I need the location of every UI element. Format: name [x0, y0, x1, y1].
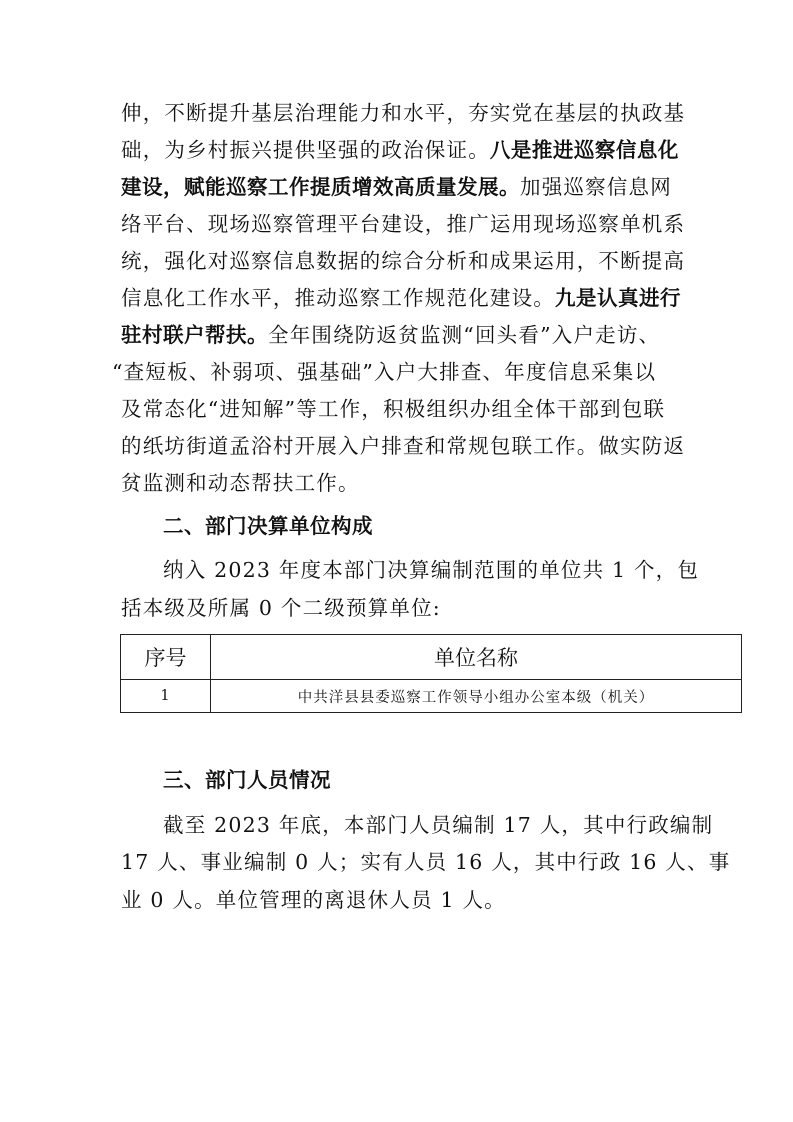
bold-text-segment: 驻村联户帮扶。: [121, 323, 268, 347]
paragraph-line: 伸，不断提升基层治理能力和水平，夯实党在基层的执政基: [121, 100, 681, 126]
paragraph-line: 贫监测和动态帮扶工作。: [121, 470, 681, 496]
paragraph-line: 17 人、事业编制 0 人；实有人员 16 人，其中行政 16 人、事: [121, 849, 681, 875]
text-segment: 贫监测和动态帮扶工作。: [121, 471, 360, 495]
paragraph-line: 驻村联户帮扶。全年围绕防返贫监测“回头看”入户走访、: [121, 322, 681, 348]
paragraph-line: 纳入 2023 年度本部门决算编制范围的单位共 1 个，包: [163, 557, 723, 583]
section-heading: 三、部门人员情况: [163, 767, 331, 793]
bold-text-segment: 建设，赋能巡察工作提质增效高质量发展。: [121, 175, 520, 199]
bold-text-segment: 九是认真进行: [555, 286, 681, 310]
text-segment: 伸，不断提升基层治理能力和水平，夯实党在基层的执政基: [121, 101, 685, 125]
paragraph-line: 及常态化“进知解”等工作，积极组织办组全体干部到包联: [121, 396, 681, 422]
text-segment: 统，强化对巡察信息数据的综合分析和成果运用，不断提高: [121, 249, 685, 273]
paragraph-line: “查短板、补弱项、强基础”入户大排查、年度信息采集以: [112, 359, 672, 385]
text-segment: 全年围绕防返贫监测“回头看”入户走访、: [268, 323, 660, 347]
table-header-row: 序号 单位名称: [121, 635, 742, 680]
section-heading: 二、部门决算单位构成: [163, 513, 373, 539]
paragraph-line: 信息化工作水平，推动巡察工作规范化建设。九是认真进行: [121, 285, 681, 311]
text-segment: 络平台、现场巡察管理平台建设，推广运用现场巡察单机系: [121, 212, 685, 236]
bold-text-segment: 八是推进巡察信息化: [490, 138, 679, 162]
paragraph-line: 建设，赋能巡察工作提质增效高质量发展。加强巡察信息网: [121, 174, 681, 200]
paragraph-line: 络平台、现场巡察管理平台建设，推广运用现场巡察单机系: [121, 211, 681, 237]
column-header-index: 序号: [121, 635, 211, 680]
column-header-unit-name: 单位名称: [211, 635, 742, 680]
paragraph-line: 础，为乡村振兴提供坚强的政治保证。八是推进巡察信息化: [121, 137, 681, 163]
cell-unit-name: 中共洋县县委巡察工作领导小组办公室本级（机关）: [211, 680, 742, 713]
text-segment: “查短板、补弱项、强基础”入户大排查、年度信息采集以: [112, 360, 656, 384]
table-row: 1 中共洋县县委巡察工作领导小组办公室本级（机关）: [121, 680, 742, 713]
text-segment: 信息化工作水平，推动巡察工作规范化建设。: [121, 286, 555, 310]
cell-index: 1: [121, 680, 211, 713]
paragraph-line: 业 0 人。单位管理的离退休人员 1 人。: [121, 887, 681, 913]
text-segment: 础，为乡村振兴提供坚强的政治保证。: [121, 138, 490, 162]
text-segment: 的纸坊街道孟浴村开展入户排查和常规包联工作。做实防返: [121, 434, 685, 458]
document-page: 伸，不断提升基层治理能力和水平，夯实党在基层的执政基 础，为乡村振兴提供坚强的政…: [0, 0, 793, 1122]
paragraph-line: 截至 2023 年底，本部门人员编制 17 人，其中行政编制: [163, 812, 723, 838]
budget-units-table: 序号 单位名称 1 中共洋县县委巡察工作领导小组办公室本级（机关）: [120, 634, 742, 713]
text-segment: 加强巡察信息网: [520, 175, 672, 199]
text-segment: 及常态化“进知解”等工作，积极组织办组全体干部到包联: [121, 397, 665, 421]
paragraph-line: 括本级及所属 0 个二级预算单位:: [121, 595, 681, 621]
paragraph-line: 的纸坊街道孟浴村开展入户排查和常规包联工作。做实防返: [121, 433, 681, 459]
paragraph-line: 统，强化对巡察信息数据的综合分析和成果运用，不断提高: [121, 248, 681, 274]
